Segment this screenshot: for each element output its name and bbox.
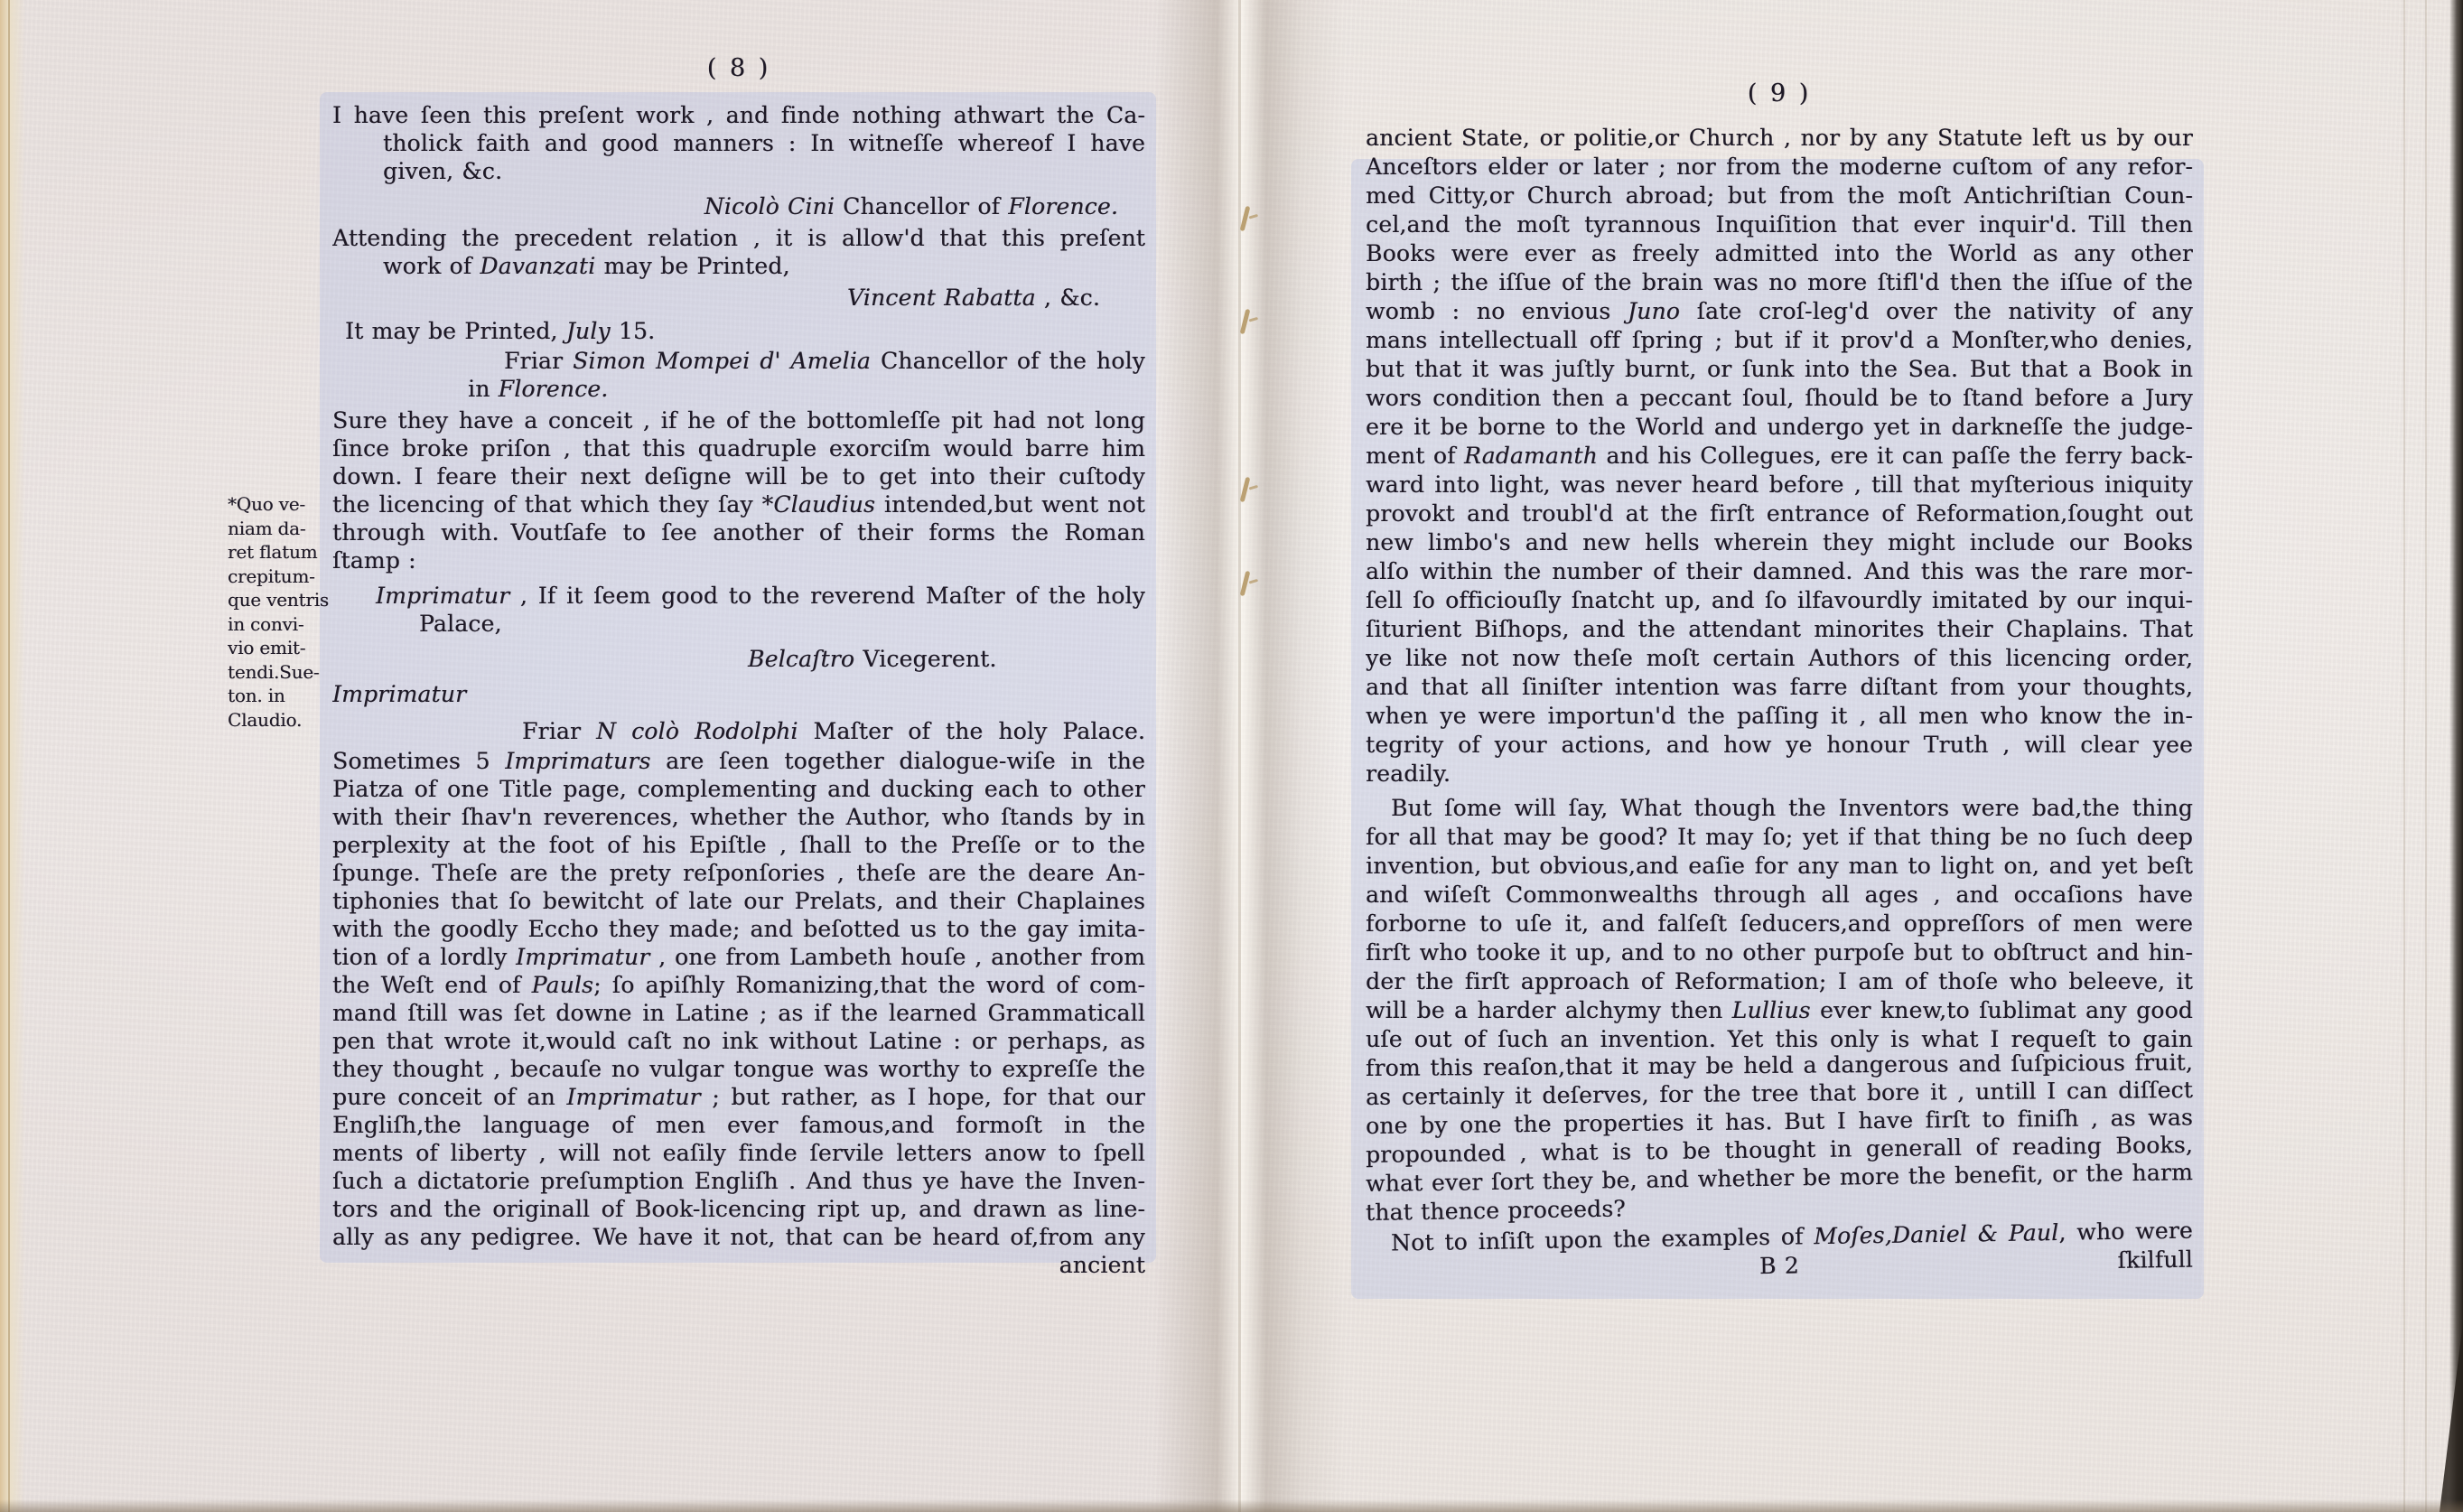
- margin-note-line: Claudio.: [228, 708, 336, 733]
- text-line: firſt who tooke it up, and to no other p…: [1366, 938, 2193, 967]
- margin-note-line: vio emit-: [228, 636, 336, 660]
- binding-stitch: [1240, 571, 1251, 596]
- text-line: Vincent Rabatta , &c.: [332, 284, 1145, 312]
- text-line: Belcaſtro Vicegerent.: [332, 645, 1145, 673]
- page-edge-bottom: [0, 1499, 2463, 1512]
- text-line: ye like not now theſe moſt certain Autho…: [1366, 644, 2193, 673]
- text-line: Sure they have a conceit , if he of the …: [332, 406, 1145, 434]
- text-line: with the goodly Eccho they made; and beſ…: [332, 915, 1145, 943]
- text-line: and that all ſiniſter intention was farr…: [1366, 673, 2193, 702]
- text-line: provokt and troubl'd at the firſt entran…: [1366, 499, 2193, 528]
- text-line: wors condition then a peccant ſoul, ſhou…: [1366, 384, 2193, 413]
- catchword-right: ſkilfull: [2117, 1246, 2193, 1275]
- text-line: new limbo's and new hells wherein they m…: [1366, 528, 2193, 557]
- text-line: ere it be borne to the World and undergo…: [1366, 413, 2193, 442]
- text-line: ments of liberty , will not eaſily finde…: [332, 1139, 1145, 1167]
- text-line: Sometimes 5 Imprimaturs are ſeen togethe…: [332, 747, 1145, 775]
- text-line: alſo within the number of their damned. …: [1366, 557, 2193, 586]
- text-line: It may be Printed, July 15.: [332, 317, 1145, 345]
- page-stack-line: [2425, 0, 2427, 1512]
- text-line: Engliſh,the language of men ever famous,…: [332, 1111, 1145, 1139]
- margin-note-line: ret flatum: [228, 540, 336, 565]
- text-line: Palace,: [332, 610, 1145, 638]
- text-line: Friar Simon Mompei d' Amelia Chancellor …: [332, 347, 1145, 375]
- text-line: tholick faith and good manners : In witn…: [332, 129, 1145, 157]
- catchword-left: ancient: [1059, 1252, 1145, 1278]
- text-line: ſiturient Biſhops, and the attendant min…: [1366, 615, 2193, 644]
- text-line: womb : no envious Juno ſate croſ-leg'd o…: [1366, 297, 2193, 326]
- margin-note-line: crepitum-: [228, 565, 336, 589]
- text-line: the licencing of that which they ſay *Cl…: [332, 490, 1145, 518]
- text-line: they thought , becauſe no vulgar tongue …: [332, 1055, 1145, 1083]
- text-line: ſuch a dictatorie preſumption Engliſh . …: [332, 1167, 1145, 1195]
- page-stack-line: [2403, 0, 2405, 1512]
- right-page-text: ancient State, or politie,or Church , no…: [1366, 124, 2193, 1287]
- scan-edge-right: [2449, 0, 2463, 1512]
- scan-corner-dark: [2440, 1322, 2463, 1512]
- text-line: forborne to uſe it, and falſeſt ſeducers…: [1366, 910, 2193, 938]
- text-line: But ſome will ſay, What though the Inven…: [1366, 794, 2193, 823]
- text-line: ward into light, was never heard before …: [1366, 471, 2193, 499]
- page-edge-left: [0, 0, 25, 1512]
- text-line: down. I feare their next deſigne will be…: [332, 462, 1145, 490]
- text-line: birth ; the iſſue of the brain was no mo…: [1366, 268, 2193, 297]
- text-line: ſtamp :: [332, 546, 1145, 574]
- page-number-left: ( 8 ): [332, 54, 1145, 82]
- margin-note-line: tendi.Sue-: [228, 660, 336, 685]
- text-line: ally as any pedigree. We have it not, th…: [332, 1223, 1145, 1251]
- catchword-row-left: ancient: [332, 1251, 1145, 1279]
- text-line: but that it was juſtly burnt, or ſunk in…: [1366, 355, 2193, 384]
- text-line: Nicolò Cini Chancellor of Florence.: [332, 192, 1145, 220]
- book-gutter-shadow: [1154, 0, 1344, 1512]
- text-line: in Florence.: [332, 375, 1145, 403]
- text-line: will be a harder alchymy then Lullius ev…: [1366, 996, 2193, 1025]
- text-line: tegrity of your actions, and how ye hono…: [1366, 731, 2193, 760]
- text-line: given, &c.: [332, 157, 1145, 185]
- margin-note: *Quo ve-niam da-ret flatumcrepitum-que v…: [228, 492, 336, 732]
- text-line: the Weſt end of Pauls; ſo apiſhly Romani…: [332, 971, 1145, 999]
- text-line: and wiſeſt Commonwealths through all age…: [1366, 881, 2193, 910]
- text-line: tiphonies that ſo bewitcht of late our P…: [332, 887, 1145, 915]
- text-line: work of Davanzati may be Printed,: [332, 252, 1145, 280]
- margin-note-line: que ventris: [228, 588, 336, 612]
- text-line: ſpunge. Theſe are the prety reſponſories…: [332, 859, 1145, 887]
- binding-stitch: [1240, 309, 1251, 334]
- text-line: ſince broke priſon , that this quadruple…: [332, 434, 1145, 462]
- text-line: Books were ever as freely admitted into …: [1366, 239, 2193, 268]
- text-line: cel,and the moſt tyrannous Inquiſition t…: [1366, 210, 2193, 239]
- binding-stitch: [1240, 206, 1251, 231]
- text-line: mans intellectuall off ſpring ; but if i…: [1366, 326, 2193, 355]
- margin-note-line: *Quo ve-: [228, 492, 336, 517]
- book-scan-photo: ( 8 ) *Quo ve-niam da-ret flatumcrepitum…: [0, 0, 2463, 1512]
- margin-note-line: in convi-: [228, 612, 336, 637]
- text-line: perplexity at the foot of his Epiſtle , …: [332, 831, 1145, 859]
- text-line: ancient State, or politie,or Church , no…: [1366, 124, 2193, 153]
- text-line: I have ſeen this preſent work , and find…: [332, 101, 1145, 129]
- right-page-lines: ancient State, or politie,or Church , no…: [1366, 124, 2193, 1258]
- text-line: ſell ſo officiouſly ſnatcht up, and ſo i…: [1366, 586, 2193, 615]
- margin-note-line: niam da-: [228, 517, 336, 541]
- text-line: when ye were importun'd the paſſing it ,…: [1366, 702, 2193, 731]
- text-line: mand ſtill was ſet downe in Latine ; as …: [332, 999, 1145, 1027]
- left-page-lines: I have ſeen this preſent work , and find…: [332, 101, 1145, 1251]
- text-line: pure conceit of an Imprimatur ; but rath…: [332, 1083, 1145, 1111]
- text-line: invention, but obvious,and eaſie for any…: [1366, 852, 2193, 881]
- text-line: for all that may be good? It may ſo; yet…: [1366, 823, 2193, 852]
- text-line: ment of Radamanth and his Collegues, ere…: [1366, 442, 2193, 471]
- text-line: Imprimatur , If it ſeem good to the reve…: [332, 582, 1145, 610]
- text-line: with their ſhav'n reverences, whether th…: [332, 803, 1145, 831]
- text-line: der the firſt approach of Reformation; I…: [1366, 967, 2193, 996]
- text-line: Imprimatur: [332, 680, 1145, 708]
- text-line: pen that wrote it,would caſt no ink with…: [332, 1027, 1145, 1055]
- text-line: med Citty,or Church abroad; but from the…: [1366, 182, 2193, 210]
- text-line: tion of a lordly Imprimatur , one from L…: [332, 943, 1145, 971]
- signature-mark: B 2: [1759, 1252, 1799, 1279]
- page-number-right: ( 9 ): [1366, 79, 2193, 107]
- margin-note-line: ton. in: [228, 684, 336, 708]
- text-line: Friar N colò Rodolphi Maſter of the holy…: [332, 717, 1145, 745]
- binding-stitch: [1240, 477, 1251, 502]
- text-line: Attending the precedent relation , it is…: [332, 224, 1145, 252]
- text-line: Piatza of one Title page, complementing …: [332, 775, 1145, 803]
- text-line: Anceſtors elder or later ; nor from the …: [1366, 153, 2193, 182]
- text-line: tors and the originall of Book-licencing…: [332, 1195, 1145, 1223]
- text-line: readily.: [1366, 760, 2193, 789]
- text-line: through with. Voutſafe to ſee another of…: [332, 518, 1145, 546]
- left-page-text: I have ſeen this preſent work , and find…: [332, 101, 1145, 1279]
